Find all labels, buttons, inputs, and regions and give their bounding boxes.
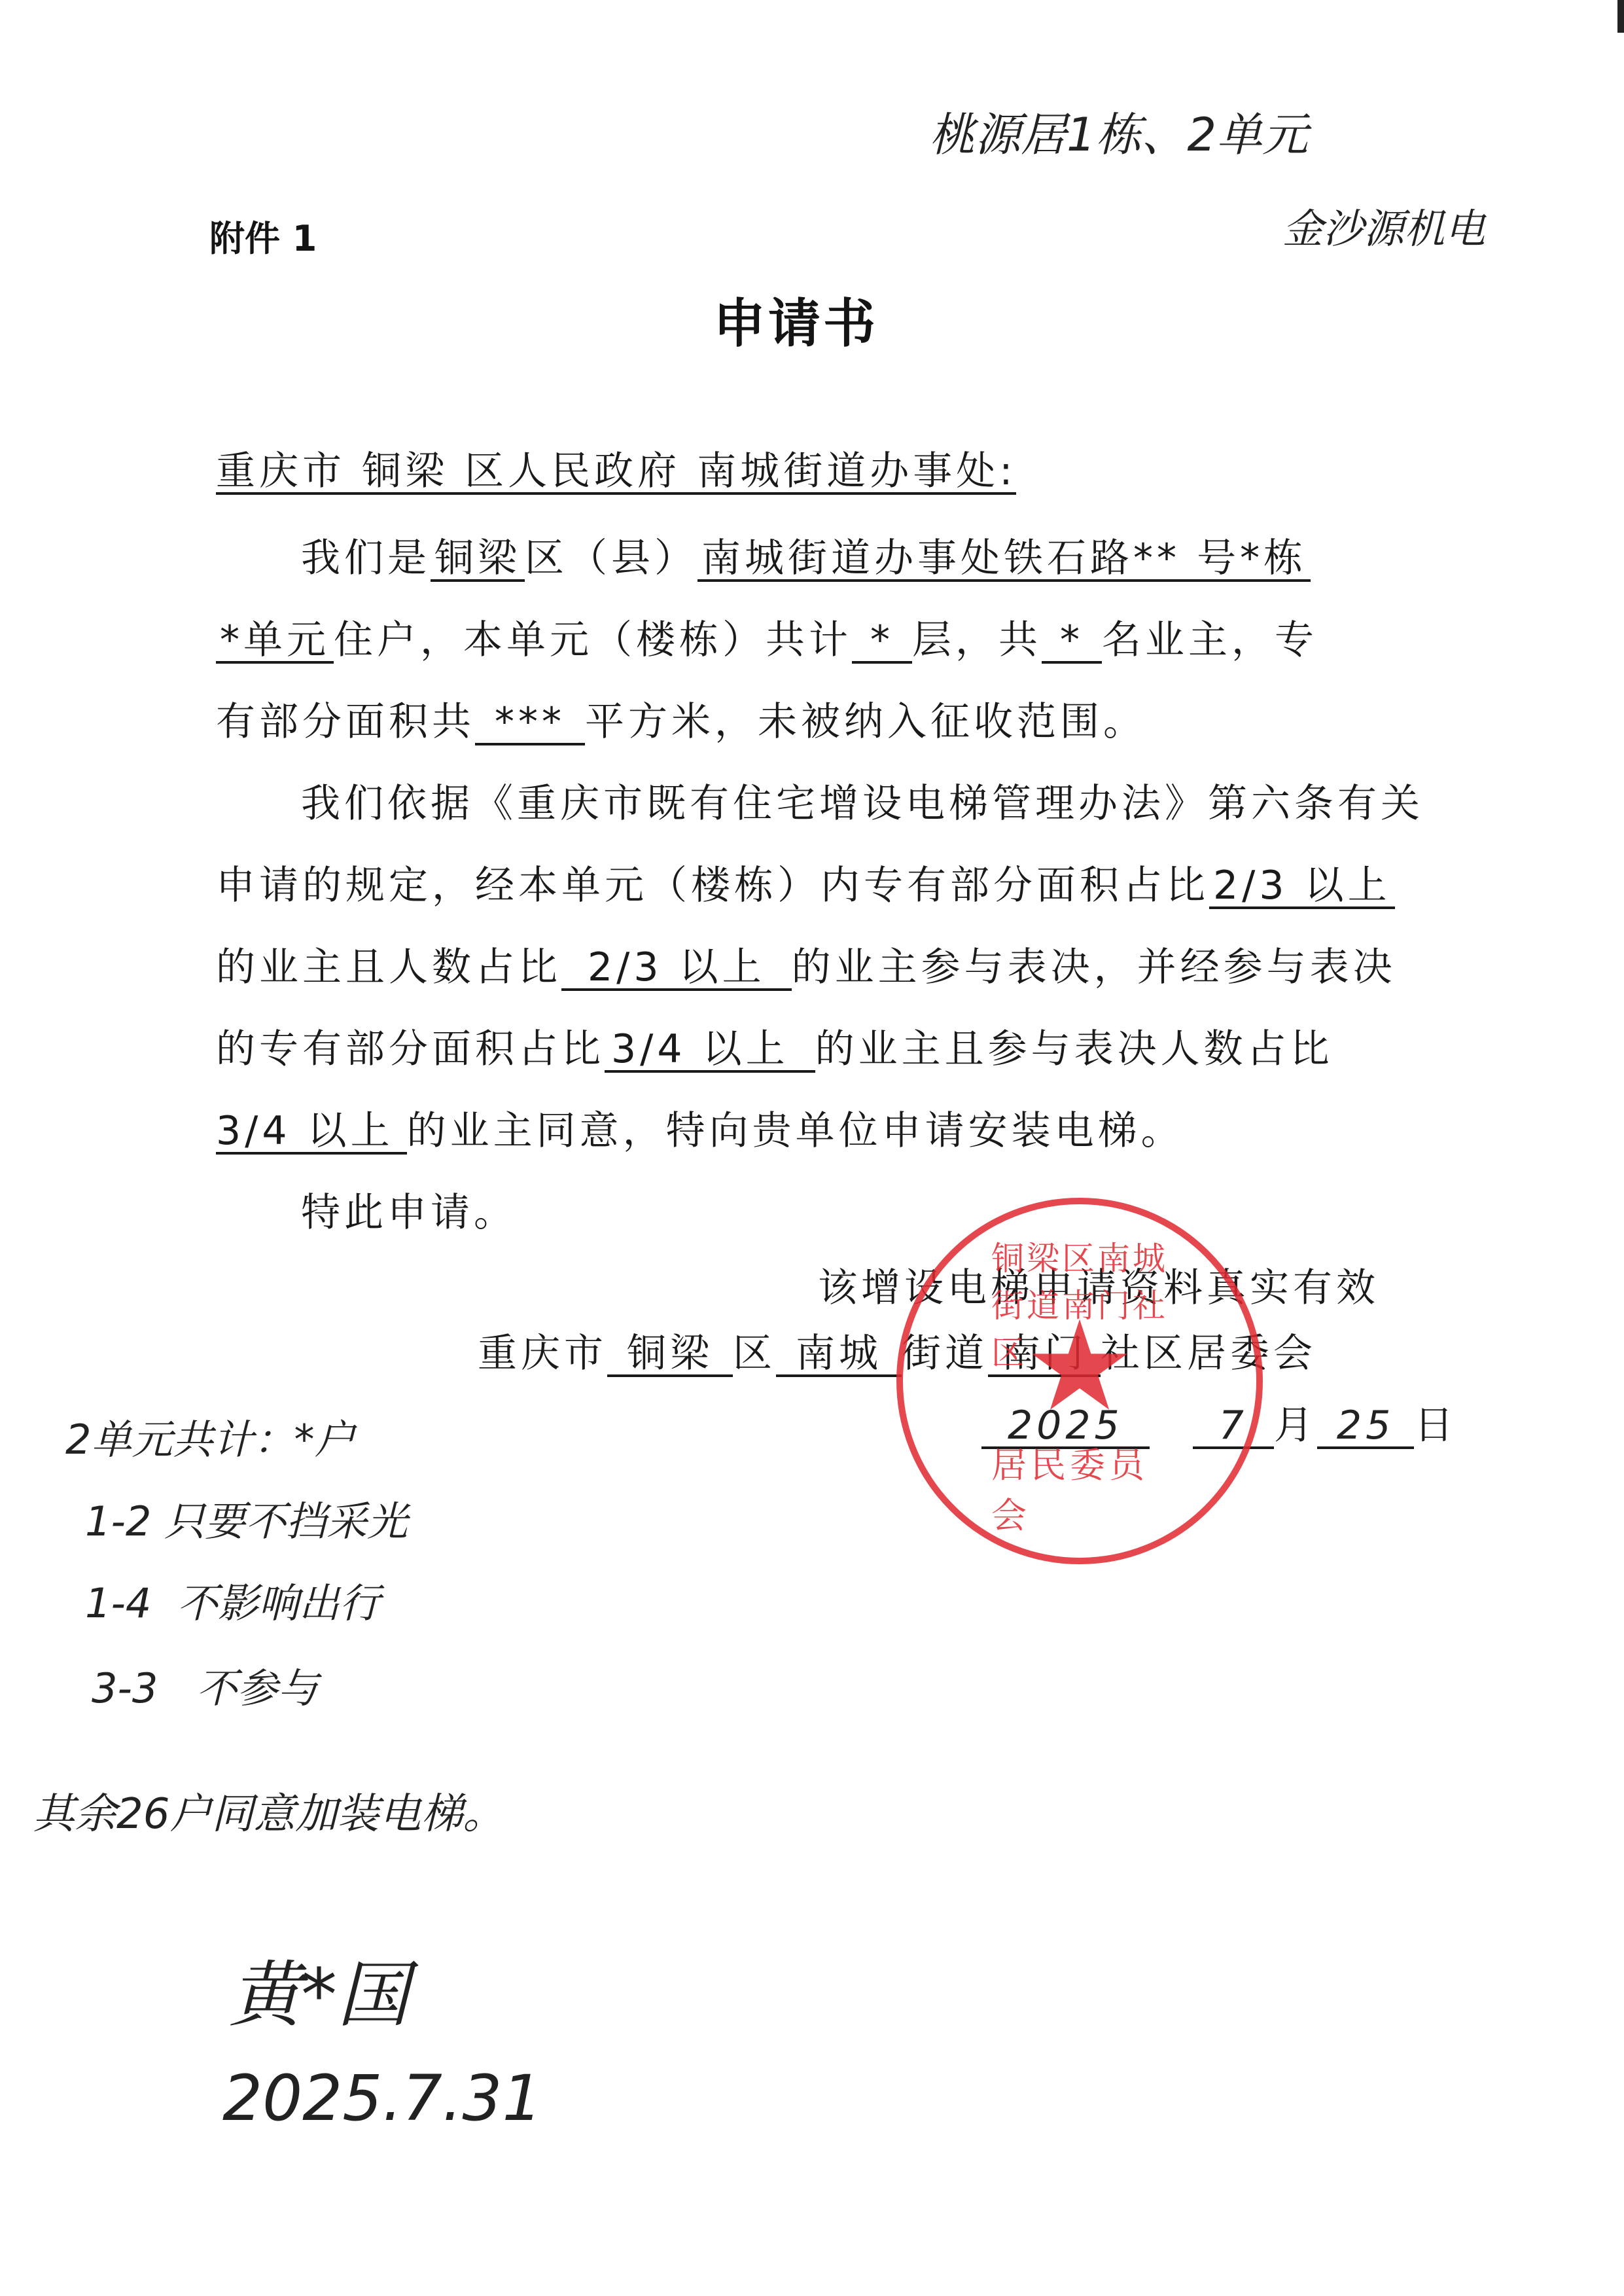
para2-line3-tail: 的业主参与表决，并经参与表决 <box>792 944 1396 990</box>
field-owners: * <box>1042 620 1102 664</box>
para2-line1: 我们依据《重庆市既有住宅增设电梯管理办法》第六条有关 <box>301 772 1424 829</box>
para1-line2: *单元住户，本单元（楼栋）共计*层，共*名业主，专 <box>216 609 1318 665</box>
handwritten-company-name: 金沙源机电 <box>1282 196 1485 255</box>
note-unit: 1-2 <box>85 1498 151 1545</box>
field-address: 南城街道办事处铁石路** 号*栋 <box>697 538 1311 582</box>
para2-line2: 申请的规定，经本单元（楼栋）内专有部分面积占比2/3 以上 <box>216 854 1395 910</box>
para2-line3: 的业主且人数占比2/3 以上的业主参与表决，并经参与表决 <box>216 936 1396 992</box>
addressee-gov: 区人民政府 <box>465 448 680 494</box>
field-floors: * <box>852 620 912 664</box>
note-text: 不影响出行 <box>177 1579 380 1627</box>
handwritten-remainder: 其余26户同意加装电梯。 <box>33 1780 504 1840</box>
para1-mid4: 名业主，专 <box>1102 617 1318 663</box>
cert-month-suffix: 月 <box>1274 1403 1317 1448</box>
field-ratio-area-agree: 3/4 以上 <box>605 1029 815 1073</box>
addressee-district: 铜梁 <box>362 448 448 494</box>
field-area: *** <box>475 702 585 745</box>
handwritten-signature-date: 2025.7.31 <box>222 2062 542 2135</box>
note-unit: 3-3 <box>92 1664 158 1712</box>
para2-line3-lead: 的业主且人数占比 <box>216 944 561 990</box>
para1-line1: 我们是铜梁区（县）南城街道办事处铁石路** 号*栋 <box>301 527 1311 583</box>
cert-district: 铜梁 <box>607 1333 733 1377</box>
para2-line5: 3/4 以上的业主同意，特向贵单位申请安装电梯。 <box>216 1100 1184 1156</box>
addressee-line: 重庆市 铜梁 区人民政府 南城街道办事处: <box>216 448 1016 495</box>
cert-day-suffix: 日 <box>1414 1403 1457 1448</box>
field-district: 铜梁 <box>431 538 525 582</box>
colon: : <box>999 448 1016 494</box>
handwritten-project-name: 桃源居1栋、2单元 <box>929 98 1308 164</box>
closing-text: 特此申请。 <box>301 1181 517 1238</box>
handwritten-signature: 黄*国 <box>229 1937 409 2041</box>
field-ratio-people-agree: 3/4 以上 <box>216 1111 407 1155</box>
handwritten-note-item: 3-3 不参与 <box>92 1656 318 1714</box>
handwritten-note-item: 1-2 只要不挡采光 <box>85 1489 408 1547</box>
para1-lead: 我们是 <box>301 535 431 581</box>
para1-line3-tail: 平方米，未被纳入征收范围。 <box>585 699 1146 745</box>
para1-mid3: 层，共 <box>912 617 1042 663</box>
note-text: 不参与 <box>196 1664 318 1712</box>
addressee-office: 南城街道办事处 <box>697 448 999 494</box>
official-seal-stamp: 铜梁区南城街道南门社区 ★ 居民委员会 <box>896 1198 1263 1564</box>
field-ratio-area-participate: 2/3 以上 <box>1209 865 1395 909</box>
handwritten-summary: 2单元共计：*户 <box>65 1407 355 1465</box>
addressee-city: 重庆市 <box>216 448 345 494</box>
document-title: 申请书 <box>713 281 878 357</box>
para2-line4-tail: 的业主且参与表决人数占比 <box>815 1026 1333 1072</box>
para1-line3: 有部分面积共***平方米，未被纳入征收范围。 <box>216 691 1146 747</box>
note-text: 只要不挡采光 <box>164 1498 408 1545</box>
para1-mid2: 住户，本单元（楼栋）共计 <box>334 617 852 663</box>
scan-edge-mark <box>1617 0 1624 33</box>
para2-line5-tail: 的业主同意，特向贵单位申请安装电梯。 <box>407 1108 1184 1154</box>
para2-line4: 的专有部分面积占比3/4 以上的业主且参与表决人数占比 <box>216 1018 1333 1074</box>
para2-line4-lead: 的专有部分面积占比 <box>216 1026 605 1072</box>
para1-line3-lead: 有部分面积共 <box>216 699 475 745</box>
cert-day: 25 <box>1317 1405 1414 1449</box>
note-unit: 1-4 <box>85 1579 151 1627</box>
para1-mid1: 区（县） <box>525 535 697 581</box>
field-ratio-people-participate: 2/3 以上 <box>561 947 792 991</box>
star-icon: ★ <box>1024 1304 1135 1429</box>
field-unit: *单元 <box>216 620 334 664</box>
addressee-underlined: 重庆市 铜梁 区人民政府 南城街道办事处: <box>216 451 1016 495</box>
cert-street: 南城 <box>776 1333 902 1377</box>
stamp-bottom-text: 居民委员会 <box>991 1437 1168 1538</box>
cert-city: 重庆市 <box>478 1331 607 1376</box>
cert-district-suffix: 区 <box>733 1331 776 1376</box>
handwritten-note-item: 1-4 不影响出行 <box>85 1571 380 1629</box>
para2-line2-lead: 申请的规定，经本单元（楼栋）内专有部分面积占比 <box>216 863 1209 908</box>
attachment-label: 附件 1 <box>209 211 317 261</box>
